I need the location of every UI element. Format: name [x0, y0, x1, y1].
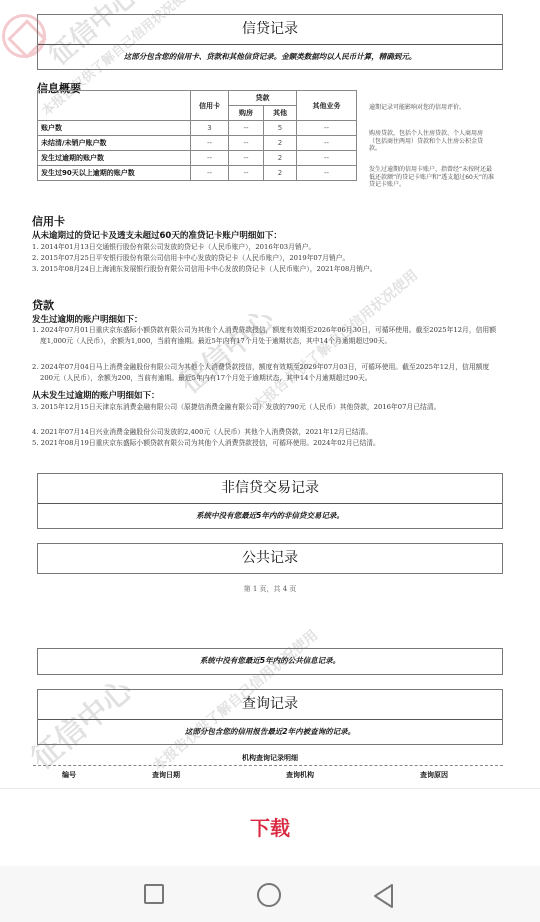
column-header-institution: 查询机构: [286, 770, 314, 780]
home-icon[interactable]: [257, 883, 281, 907]
list-item: 1. 2024年07月01日重庆京东盛际小额贷款有限公司为其他个人消费贷款授信，…: [32, 325, 502, 347]
credit-card-heading: 信用卡: [32, 213, 65, 229]
public-record-header: 公共记录: [37, 543, 503, 574]
report-page[interactable]: 征信中心 本报告仅供了解自己信用状况使用 征信中心 本报告仅供了解自己信用状况使…: [0, 0, 540, 790]
credit-record-header: 信贷记录 这部分包含您的信用卡、贷款和其他信贷记录。金额类数据均以人民币计算，精…: [37, 14, 503, 70]
download-button[interactable]: 下载: [0, 789, 540, 867]
section-title: 公共记录: [38, 544, 502, 573]
list-item: 2. 2024年07月04日马上消费金融股份有限公司为其他个人消费贷款授信，额度…: [32, 362, 502, 384]
table-row: 账户数 3 -- 5 --: [38, 121, 357, 136]
header-housing: 购房: [229, 106, 264, 121]
never-overdue-heading: 从未发生过逾期的账户明细如下：: [32, 389, 160, 401]
list-item: 3. 2015年08月24日上海浦东发展银行股份有限公司信用卡中心发放的贷记卡（…: [32, 264, 502, 275]
section-title: 非信贷交易记录: [38, 474, 502, 503]
table-row: 发生过90天以上逾期的账户数 -- -- 2 --: [38, 166, 357, 181]
divider: [33, 765, 503, 766]
recents-icon[interactable]: [144, 884, 164, 904]
section-title: 查询记录: [38, 690, 502, 719]
overdue-heading: 发生过逾期的账户明细如下：: [32, 313, 143, 325]
section-subtitle: 这部分包含您的信用卡、贷款和其他信贷记录。金额类数据均以人民币计算，精确到元。: [38, 44, 502, 69]
section-subtitle: 系统中没有您最近5年内的非信贷交易记录。: [38, 503, 502, 528]
list-item: 3. 2015年12月15日天津京东消费金融有限公司（原捷信消费金融有限公司）发…: [32, 402, 502, 413]
list-item: 1. 2014年01月13日交通银行股份有限公司发放的贷记卡（人民币账户），20…: [32, 242, 502, 253]
non-credit-record-header: 非信贷交易记录 系统中没有您最近5年内的非信贷交易记录。: [37, 473, 503, 529]
table-row: 未结清/未销户账户数 -- -- 2 --: [38, 136, 357, 151]
header-other-business: 其他业务: [297, 91, 357, 121]
header-other: 其他: [264, 106, 297, 121]
list-item: 4. 2021年07月14日兴业消费金融股份公司发放的2,400元（人民币）其他…: [32, 427, 502, 438]
side-note: 发生过逾期的信用卡账户，指曾经“未按时还最低还款额”的贷记卡账户和“透支超过60…: [369, 166, 494, 189]
system-nav-bar: [0, 866, 540, 922]
query-record-header: 查询记录 这部分包含您的信用报告最近2年内被查询的记录。: [37, 689, 503, 745]
download-bar: 下载: [0, 788, 540, 866]
public-record-empty: 系统中没有您最近5年内的公共信息记录。: [37, 648, 503, 675]
header-blank: [38, 91, 191, 121]
query-detail-title: 机构查询记录明细: [0, 753, 540, 763]
header-credit-card: 信用卡: [191, 91, 229, 121]
back-icon[interactable]: [372, 883, 396, 909]
page-number: 第 1 页，共 4 页: [0, 584, 540, 594]
watermark-text: 征信中心: [170, 299, 282, 402]
section-subtitle: 这部分包含您的信用报告最近2年内被查询的记录。: [38, 719, 502, 744]
side-note: 购房贷款，包括个人住房贷款、个人商用房（包括商住两用）贷款和个人住房公积金贷款。: [369, 130, 494, 153]
summary-table: 信用卡 贷款 其他业务 购房 其他 账户数 3 -- 5 -- 未结清/未销户账…: [37, 90, 357, 181]
column-header-number: 编号: [62, 770, 76, 780]
table-row: 发生过逾期的账户数 -- -- 2 --: [38, 151, 357, 166]
section-subtitle: 系统中没有您最近5年内的公共信息记录。: [38, 649, 502, 674]
section-title: 信贷记录: [38, 15, 502, 44]
credit-card-subheading: 从未逾期过的贷记卡及透支未超过60天的准贷记卡账户明细如下：: [32, 229, 282, 241]
column-header-date: 查询日期: [152, 770, 180, 780]
column-header-reason: 查询原因: [420, 770, 448, 780]
side-note: 逾期记录可能影响对您的信用评价。: [369, 104, 494, 112]
header-loan: 贷款: [229, 91, 297, 106]
loans-heading: 贷款: [32, 297, 54, 313]
list-item: 5. 2021年08月19日重庆京东盛际小额贷款有限公司为其他个人消费贷款授信，…: [32, 438, 502, 449]
list-item: 2. 2015年07月25日平安银行股份有限公司信用卡中心发放的贷记卡（人民币账…: [32, 253, 502, 264]
